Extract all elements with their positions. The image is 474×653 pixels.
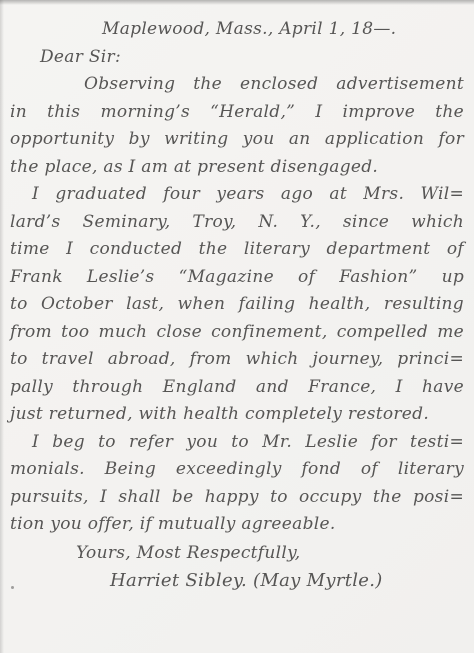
letter-line: in this morning’s “Herald,” I improve th… [10, 99, 464, 127]
letter-salutation: Dear Sir: [40, 44, 464, 72]
letter-signature: Harriet Sibley. (May Myrtle.) [110, 567, 464, 595]
letter-line: from too much close confinement, compell… [10, 319, 464, 347]
letter-line: lard’s Seminary, Troy, N. Y., since whic… [10, 209, 464, 237]
letter-line: Frank Leslie’s “Magazine of Fashion” up [10, 264, 464, 292]
letter-body: Observing the enclosed advertisement in … [10, 71, 464, 539]
letter-line: pursuits, I shall be happy to occupy the… [10, 484, 464, 512]
letter-line: to October last, when failing health, re… [10, 291, 464, 319]
letter-line: monials. Being exceedingly fond of liter… [10, 456, 464, 484]
letter-line: time I conducted the literary department… [10, 236, 464, 264]
letter-line: I beg to refer you to Mr. Leslie for tes… [10, 429, 464, 457]
letter-line: to travel abroad, from which journey, pr… [10, 346, 464, 374]
letter-page: Maplewood, Mass., April 1, 18—. Dear Sir… [0, 0, 474, 653]
letter-line: tion you offer, if mutually agreeable. [10, 511, 464, 539]
scan-speck [11, 586, 14, 589]
letter-dateline: Maplewood, Mass., April 1, 18—. [102, 16, 464, 44]
letter-line: Observing the enclosed advertisement [10, 71, 464, 99]
letter-line: just returned, with health completely re… [10, 401, 464, 429]
letter-line: opportunity by writing you an applicatio… [10, 126, 464, 154]
letter-line: I graduated four years ago at Mrs. Wil= [10, 181, 464, 209]
letter-line: the place, as I am at present disengaged… [10, 154, 464, 182]
letter-closing: Yours, Most Respectfully, [76, 540, 464, 568]
letter-line: pally through England and France, I have [10, 374, 464, 402]
